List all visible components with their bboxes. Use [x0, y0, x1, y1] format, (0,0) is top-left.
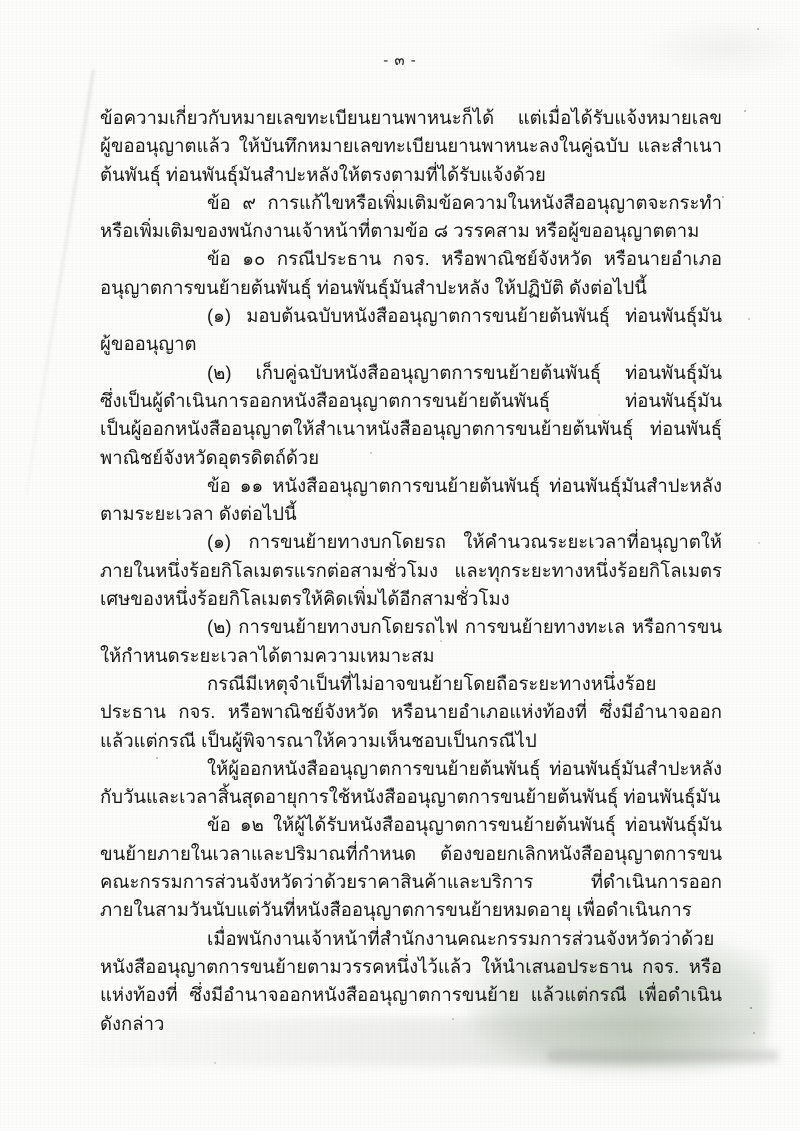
- document-line: (๒) การขนย้ายทางบกโดยรถไฟ การขนย้ายทางทะ…: [100, 613, 722, 641]
- document-line: อนุญาตการขนย้ายต้นพันธุ์ ท่อนพันธุ์มันสำ…: [100, 274, 722, 302]
- document-line: แห่งท้องที่ ซึ่งมีอำนาจออกหนังสืออนุญาตก…: [100, 981, 722, 1009]
- document-line: ข้อ ๑๐ กรณีประธาน กจร. หรือพาณิชย์จังหวั…: [100, 245, 722, 273]
- scanned-page: - ๓ - ข้อความเกี่ยวกับหมายเลขทะเบียนยานพ…: [0, 0, 800, 1131]
- document-line: กับวันและเวลาสิ้นสุดอายุการใช้หนังสืออนุ…: [100, 783, 722, 811]
- document-line: เศษของหนึ่งร้อยกิโลเมตรให้คิดเพิ่มได้อีก…: [100, 585, 722, 613]
- document-line: กรณีมีเหตุจำเป็นที่ไม่อาจขนย้ายโดยถือระย…: [100, 670, 722, 698]
- document-line: คณะกรรมการส่วนจังหวัดว่าด้วยราคาสินค้าแล…: [100, 868, 722, 896]
- document-line: หนังสืออนุญาตการขนย้ายตามวรรคหนึ่งไว้แล้…: [100, 953, 722, 981]
- page-number: - ๓ -: [0, 48, 800, 72]
- document-line: ข้อความเกี่ยวกับหมายเลขทะเบียนยานพาหนะก็…: [100, 104, 722, 132]
- document-line: ตามระยะเวลา ดังต่อไปนี้: [100, 500, 722, 528]
- document-line: ภายในสามวันนับแต่วันที่หนังสืออนุญาตการข…: [100, 896, 722, 924]
- document-line: หรือเพิ่มเติมของพนักงานเจ้าหน้าที่ตามข้อ…: [100, 217, 722, 245]
- document-line: (๑) มอบต้นฉบับหนังสืออนุญาตการขนย้ายต้นพ…: [100, 302, 722, 330]
- document-body: ข้อความเกี่ยวกับหมายเลขทะเบียนยานพาหนะก็…: [100, 104, 722, 1038]
- document-line: พาณิชย์จังหวัดอุตรดิตถ์ด้วย: [100, 444, 722, 472]
- scan-toner-specks: [0, 0, 2, 2]
- document-line: ข้อ ๑๒ ให้ผู้ได้รับหนังสืออนุญาตการขนย้า…: [100, 811, 722, 839]
- paper-bottom-edge-shadow: [548, 1050, 778, 1062]
- document-line: ภายในหนึ่งร้อยกิโลเมตรแรกต่อสามชั่วโมง แ…: [100, 557, 722, 585]
- document-line: แล้วแต่กรณี เป็นผู้พิจารณาให้ความเห็นชอบ…: [100, 727, 722, 755]
- document-line: ให้ผู้ออกหนังสืออนุญาตการขนย้ายต้นพันธุ์…: [100, 755, 722, 783]
- document-line: ผู้ขออนุญาตแล้ว ให้บันทึกหมายเลขทะเบียนย…: [100, 132, 722, 160]
- document-line: (๑) การขนย้ายทางบกโดยรถ ให้คำนวณระยะเวลา…: [100, 528, 722, 556]
- document-line: ข้อ ๑๑ หนังสืออนุญาตการขนย้ายต้นพันธุ์ ท…: [100, 472, 722, 500]
- document-line: ต้นพันธุ์ ท่อนพันธุ์มันสำปะหลังให้ตรงตาม…: [100, 161, 722, 189]
- paper-edge-shadow: [25, 70, 95, 495]
- document-line: (๒) เก็บคู่ฉบับหนังสืออนุญาตการขนย้ายต้น…: [100, 359, 722, 387]
- document-line: ผู้ขออนุญาต: [100, 330, 722, 358]
- document-line: ดังกล่าว: [100, 1010, 722, 1038]
- document-line: เมื่อพนักงานเจ้าหน้าที่สำนักงานคณะกรรมกา…: [100, 925, 722, 953]
- document-line: ให้กำหนดระยะเวลาได้ตามความเหมาะสม: [100, 642, 722, 670]
- document-line: ข้อ ๙ การแก้ไขหรือเพิ่มเติมข้อความในหนัง…: [100, 189, 722, 217]
- document-line: ซึ่งเป็นผู้ดำเนินการออกหนังสืออนุญาตการข…: [100, 387, 722, 415]
- document-line: ประธาน กจร. หรือพาณิชย์จังหวัด หรือนายอำ…: [100, 698, 722, 726]
- document-line: ขนย้ายภายในเวลาและปริมาณที่กำหนด ต้องขอย…: [100, 840, 722, 868]
- document-line: เป็นผู้ออกหนังสืออนุญาตให้สำเนาหนังสืออน…: [100, 415, 722, 443]
